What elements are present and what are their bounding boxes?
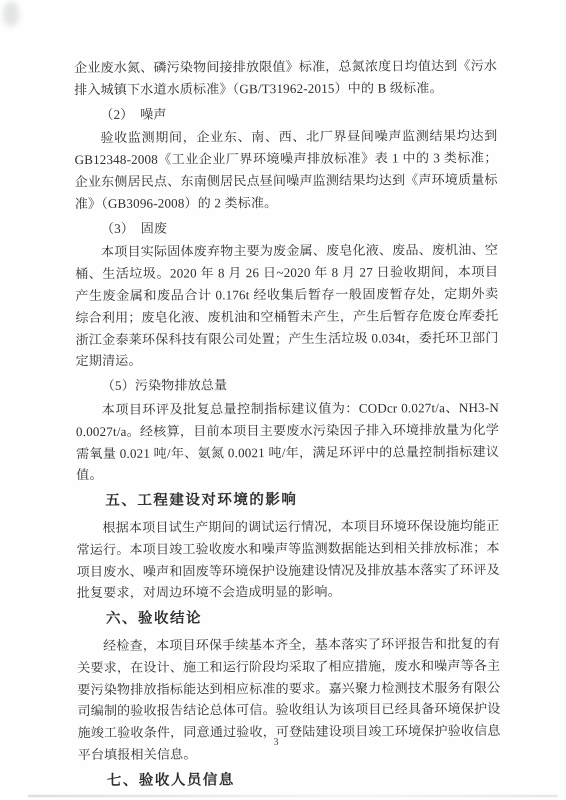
subheading-noise: （2） 噪声: [74, 101, 497, 125]
scan-smudge-artifact: [3, 2, 19, 26]
heading-section-6-acceptance-conclusion: 六、验收结论: [77, 607, 500, 631]
subheading-solid-waste: （3） 固废: [75, 215, 498, 239]
paragraph-noise-monitoring: 验收监测期间，企业东、南、西、北厂界昼间噪声监测结果均达到GB12348-200…: [74, 125, 497, 214]
scan-bottom-edge-artifact: [28, 795, 558, 797]
paragraph-total-emissions: 本项目环评及批复总量控制指标建议值为：CODcr 0.027t/a、NH3-N …: [76, 397, 499, 486]
heading-section-7-acceptance-personnel: 七、验收人员信息: [78, 769, 501, 793]
paragraph-wastewater-standards: 企业废水氮、磷污染物间接排放限值》标准，总氮浓度日均值达到《污水排入城镇下水道水…: [74, 55, 497, 101]
paragraph-solid-waste: 本项目实际固体废弃物主要为废金属、废皂化液、废品、废机油、空桶、生活垃圾。202…: [75, 239, 499, 372]
page-number: 3: [0, 737, 553, 748]
document-page: 企业废水氮、磷污染物间接排放限值》标准，总氮浓度日均值达到《污水排入城镇下水道水…: [0, 0, 566, 800]
subheading-total-emissions: （5）污染物排放总量: [76, 373, 499, 397]
document-body: 企业废水氮、磷污染物间接排放限值》标准，总氮浓度日均值达到《污水排入城镇下水道水…: [74, 55, 501, 797]
heading-section-5-environmental-impact: 五、工程建设对环境的影响: [76, 489, 499, 513]
paragraph-environmental-impact: 根据本项目试生产期间的调试运行情况，本项目环境环保设施均能正常运行。本项目竣工验…: [76, 515, 499, 604]
